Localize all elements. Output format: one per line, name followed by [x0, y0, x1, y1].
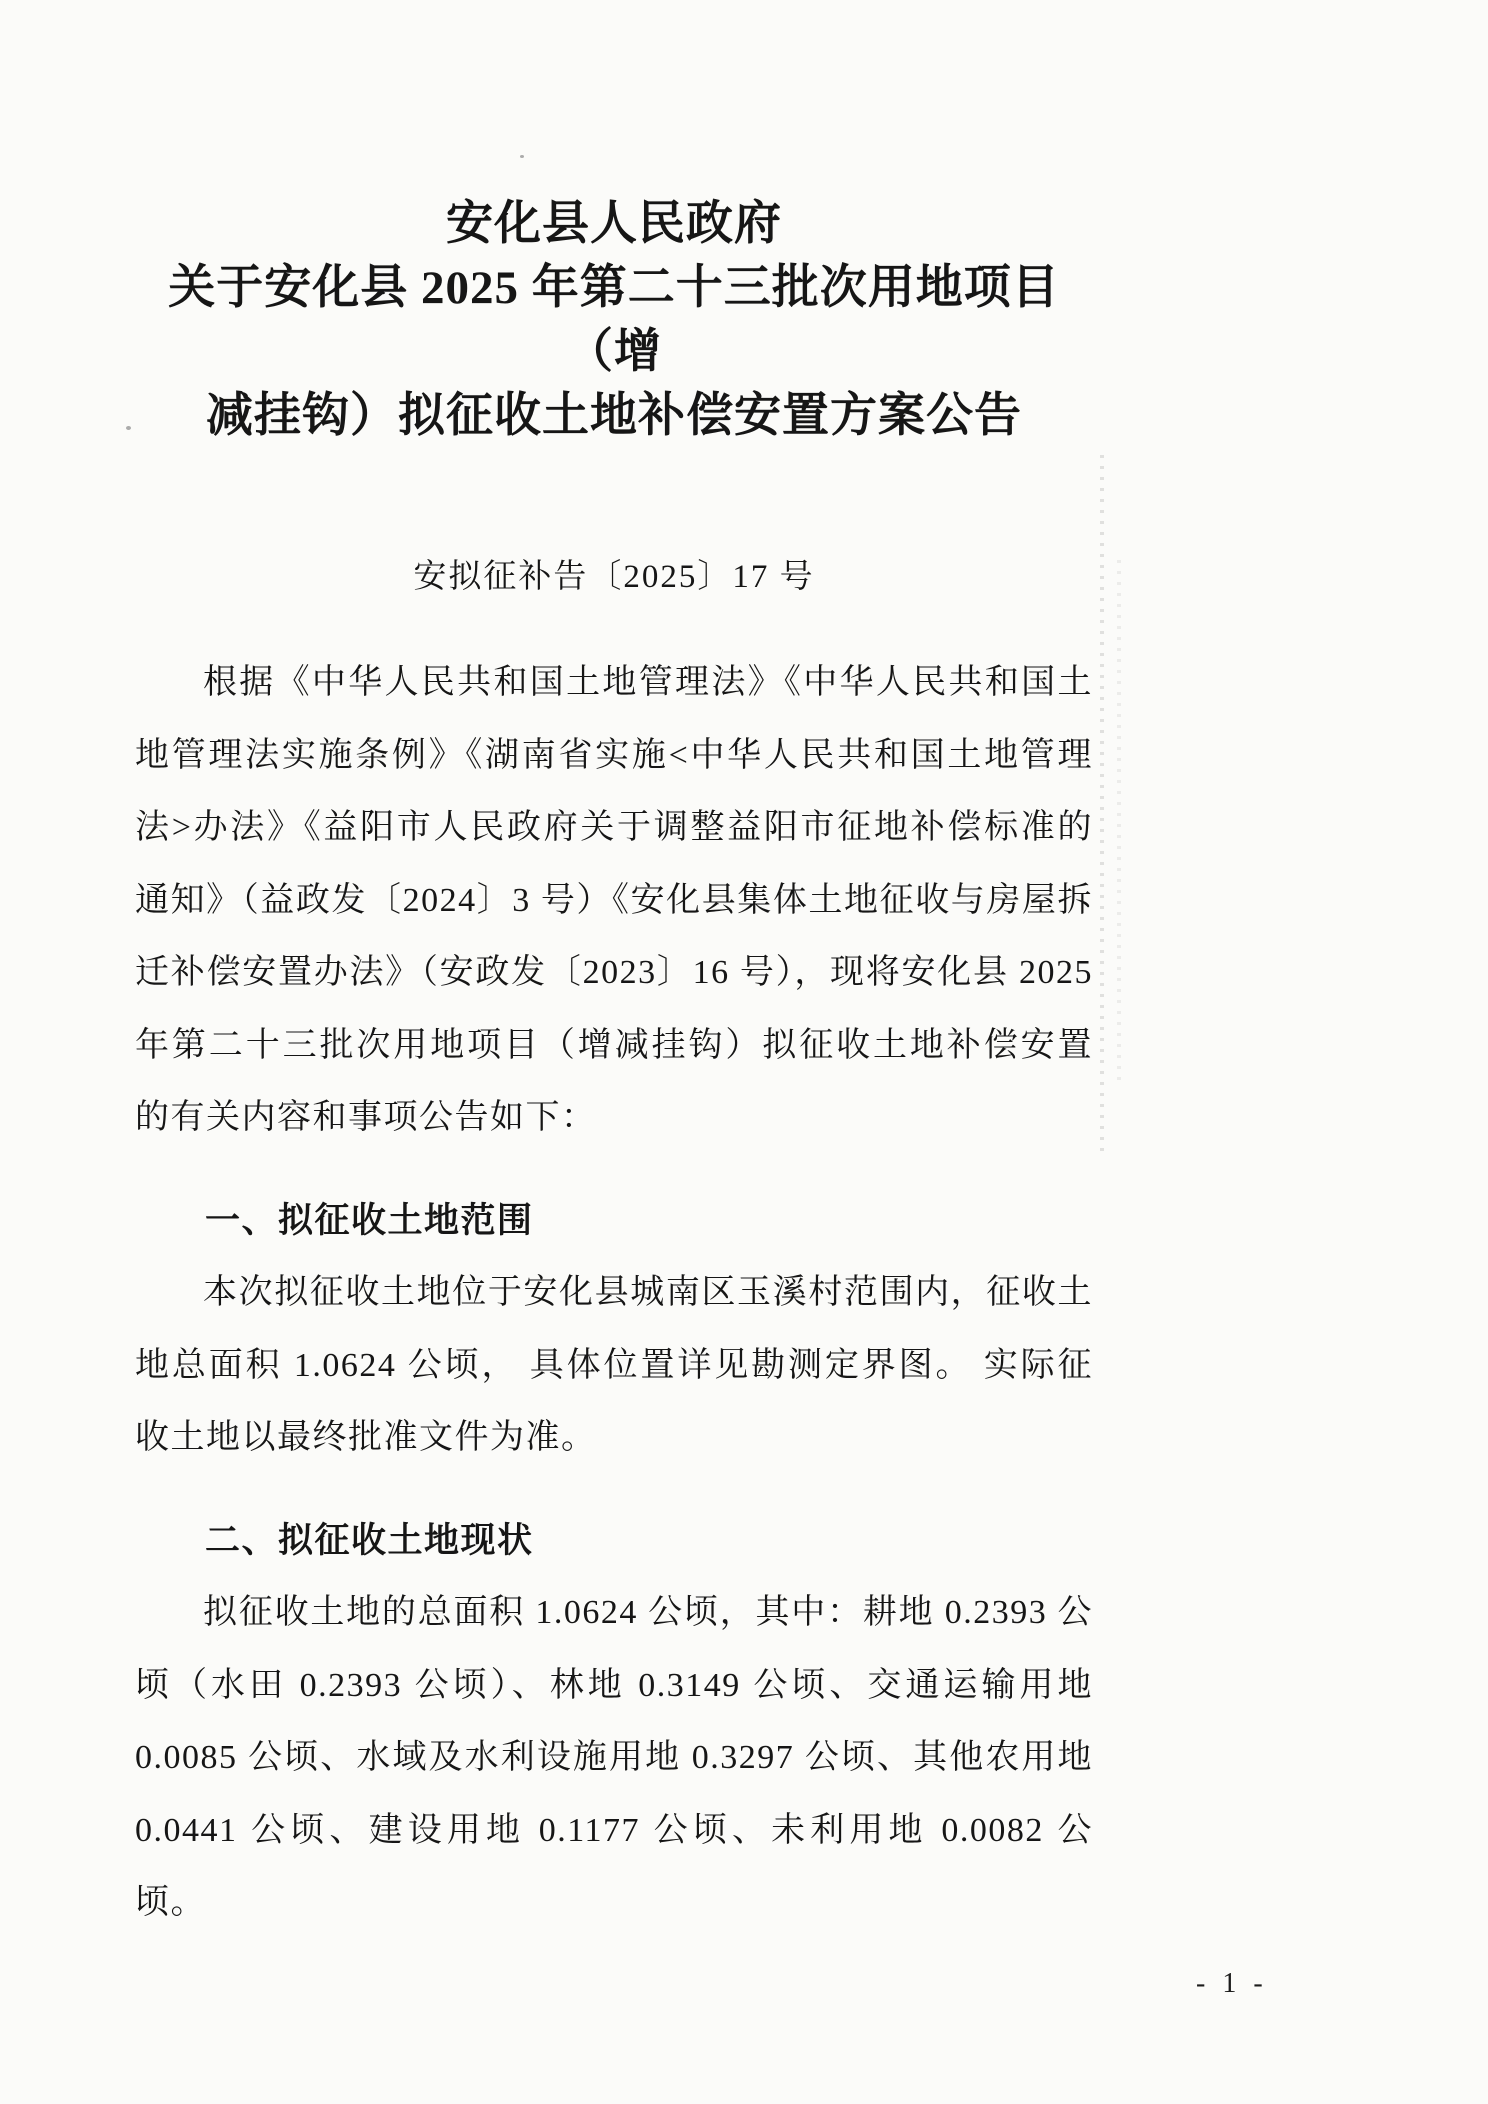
- title-line-3: 减挂钩）拟征收土地补偿安置方案公告: [135, 384, 1093, 448]
- body-paragraph-intro: 根据《中华人民共和国土地管理法》《中华人民共和国土地管理法实施条例》《湖南省实施…: [135, 647, 1093, 1155]
- scan-speck: [1043, 1296, 1046, 1299]
- section-heading-1: 一、拟征收土地范围: [135, 1185, 1093, 1258]
- document-body: 根据《中华人民共和国土地管理法》《中华人民共和国土地管理法实施条例》《湖南省实施…: [135, 647, 1093, 1940]
- section-heading-2: 二、拟征收土地现状: [135, 1505, 1093, 1578]
- body-paragraph-scope: 本次拟征收土地位于安化县城南区玉溪村范围内，征收土地总面积 1.0624 公顷，…: [135, 1257, 1093, 1475]
- document-number: 安拟征补告〔2025〕17 号: [135, 550, 1093, 597]
- title-line-2: 关于安化县 2025 年第二十三批次用地项目（增: [135, 256, 1093, 384]
- page-number: - 1 -: [1196, 1968, 1268, 2000]
- title-line-1: 安化县人民政府: [135, 192, 1093, 256]
- scan-noise-artifact: [1100, 455, 1104, 1155]
- body-paragraph-status: 拟征收土地的总面积 1.0624 公顷，其中：耕地 0.2393 公顷（水田 0…: [135, 1577, 1093, 1940]
- document-content: 安化县人民政府 关于安化县 2025 年第二十三批次用地项目（增 减挂钩）拟征收…: [135, 192, 1093, 1940]
- scan-speck: [126, 426, 131, 430]
- scan-noise-artifact: [1117, 560, 1121, 1080]
- scan-speck: [520, 155, 524, 158]
- scanned-document-page: 安化县人民政府 关于安化县 2025 年第二十三批次用地项目（增 减挂钩）拟征收…: [0, 0, 1488, 2104]
- document-title: 安化县人民政府 关于安化县 2025 年第二十三批次用地项目（增 减挂钩）拟征收…: [135, 192, 1093, 448]
